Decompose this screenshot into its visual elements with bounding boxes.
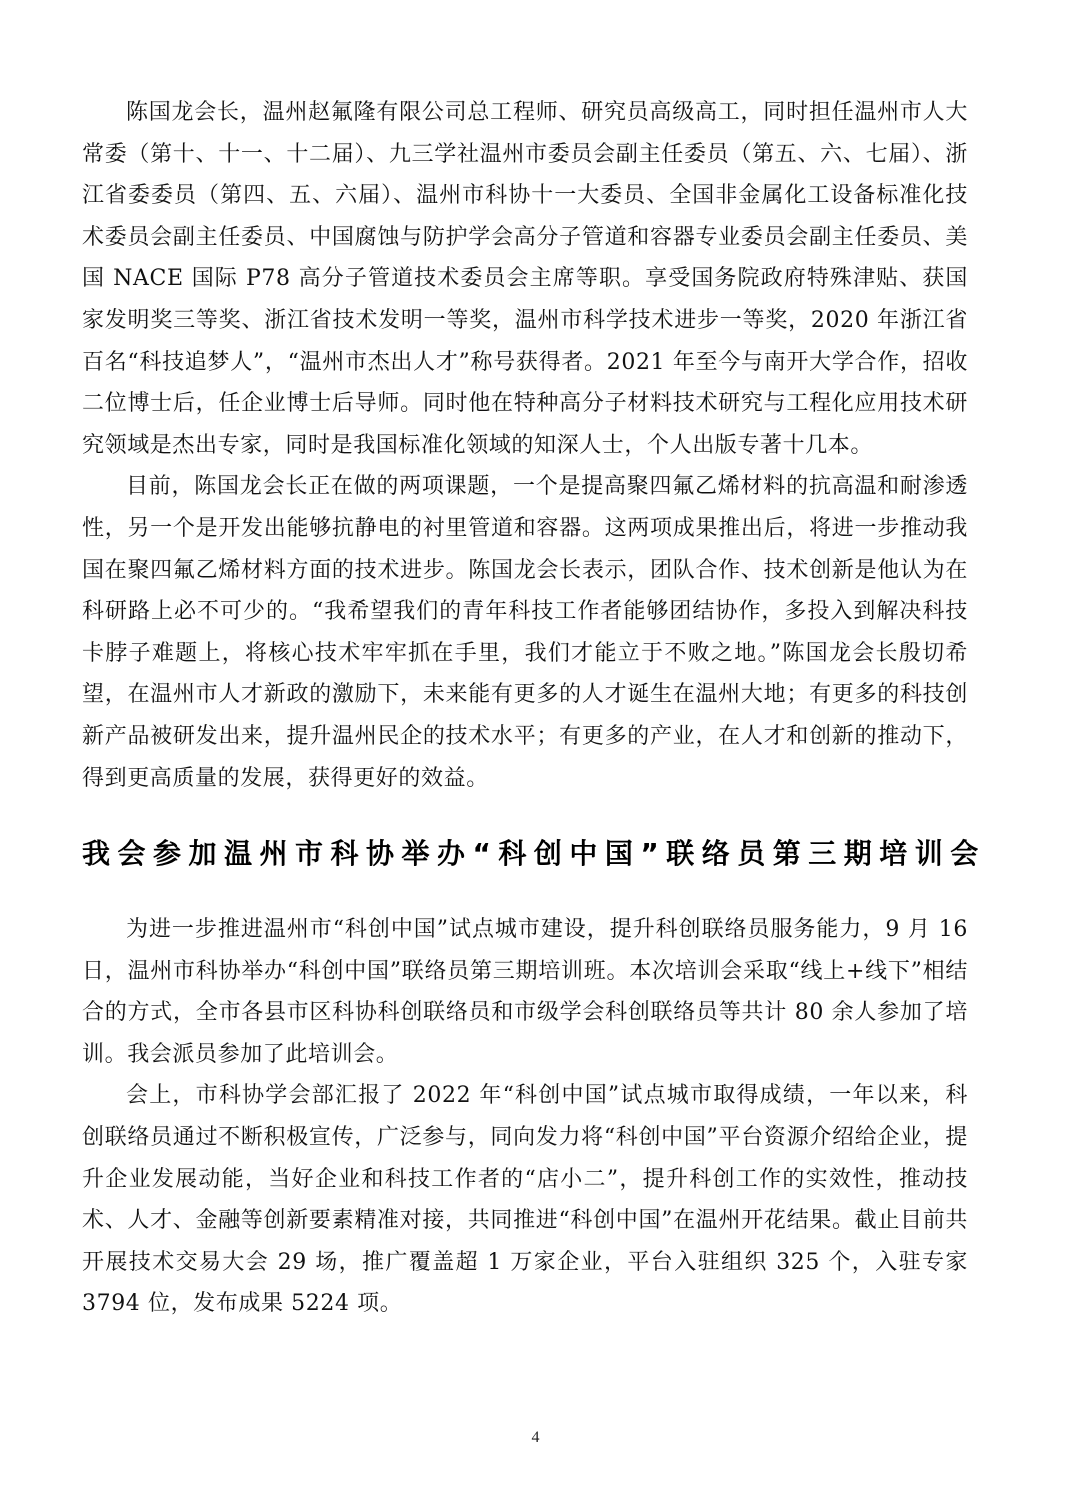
section-title: 我会参加温州市科协举办“科创中国”联络员第三期培训会 [82,829,968,879]
paragraph-bio: 陈国龙会长，温州赵氟隆有限公司总工程师、研究员高级高工，同时担任温州市人大常委（… [82,92,968,466]
article-training: 我会参加温州市科协举办“科创中国”联络员第三期培训会 为进一步推进温州市“科创中… [82,829,968,1325]
article-chen-guolong: 陈国龙会长，温州赵氟隆有限公司总工程师、研究员高级高工，同时担任温州市人大常委（… [82,92,968,799]
page-number: 4 [0,1429,1071,1447]
paragraph-training-results: 会上，市科协学会部汇报了 2022 年“科创中国”试点城市取得成绩，一年以来，科… [82,1075,968,1325]
document-page: 陈国龙会长，温州赵氟隆有限公司总工程师、研究员高级高工，同时担任温州市人大常委（… [82,92,968,1325]
paragraph-training-intro: 为进一步推进温州市“科创中国”试点城市建设，提升科创联络员服务能力，9 月 16… [82,909,968,1075]
paragraph-research: 目前，陈国龙会长正在做的两项课题，一个是提高聚四氟乙烯材料的抗高温和耐渗透性，另… [82,466,968,799]
